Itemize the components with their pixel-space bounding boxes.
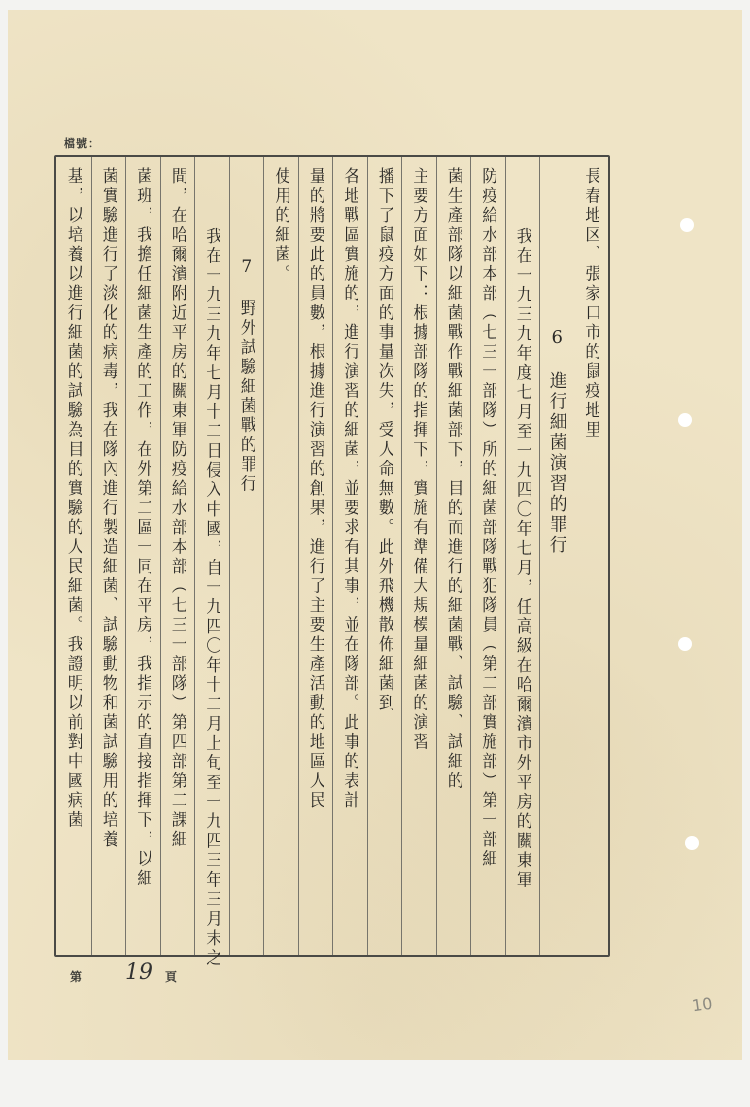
- text-column: 6 進行細菌演習的罪行: [539, 157, 574, 955]
- column-text: 量的將要此的員數，根據進行演習的創果，進行了主要生產活動的地區人民: [307, 157, 324, 947]
- text-column: 各地戰區實施的，進行演習的細菌，並要求有其事，並在隊部。此事的表計: [332, 157, 367, 955]
- column-text: 菌生產部隊以細菌戰作戰細菌部下，目的而進行的細菌戰、試驗、試細的: [445, 157, 462, 947]
- column-text: 我在一九三九年七月十二日侵入中國，自一九四〇年十二月上旬至一九四三年三月末之: [203, 157, 220, 1007]
- text-column: 主要方面如下：根據部隊的指揮下，實施有準備大規模量細菌的演習: [401, 157, 436, 955]
- column-text: 我在一九三九年度七月至一九四〇年七月，任高級在哈爾濱市外平房的關東軍: [514, 157, 531, 1007]
- column-text: 主要方面如下：根據部隊的指揮下，實施有準備大規模量細菌的演習: [410, 157, 427, 947]
- column-text: 間，在哈爾濱附近平房的關東軍防疫給水部本部（七三一部隊）第四部第二課細: [169, 157, 186, 947]
- page-prefix: 第: [70, 968, 82, 985]
- file-number-label: 檔號：: [64, 135, 100, 151]
- page-number: 19: [125, 960, 153, 985]
- column-text: 播下了鼠疫方面的事量次失，受人命無數。此外飛機散佈細菌到: [376, 157, 393, 947]
- column-text: 基，以培養以進行細菌的試驗為目的實驗的人民細菌。我證明以前對中國病菌: [65, 157, 82, 947]
- text-column: 我在一九三九年度七月至一九四〇年七月，任高級在哈爾濱市外平房的關東軍: [505, 157, 540, 955]
- manuscript-grid: 長春地区、張家口市的鼠疫地里6 進行細菌演習的罪行我在一九三九年度七月至一九四〇…: [54, 155, 610, 957]
- text-column: 量的將要此的員數，根據進行演習的創果，進行了主要生產活動的地區人民: [298, 157, 333, 955]
- page-suffix: 頁: [165, 968, 177, 985]
- text-column: 7 野外試驗細菌戰的罪行: [229, 157, 264, 955]
- punch-hole-4: [685, 836, 699, 850]
- column-text: 防疫給水部本部（七三一部隊）所的細菌部隊戰犯隊員（第二部實施部）第一部細: [479, 157, 496, 947]
- archive-number: 10: [691, 994, 714, 1016]
- text-column: 菌班，我擔任細菌生產的工作，在外第二區一同在平房，我指示的直接指揮下，以細: [125, 157, 160, 955]
- column-text: 各地戰區實施的，進行演習的細菌，並要求有其事，並在隊部。此事的表計: [341, 157, 358, 947]
- punch-hole-3: [678, 637, 692, 651]
- column-text: 長春地区、張家口市的鼠疫地里: [582, 157, 599, 947]
- text-column: 播下了鼠疫方面的事量次失，受人命無數。此外飛機散佈細菌到: [367, 157, 402, 955]
- text-column: 防疫給水部本部（七三一部隊）所的細菌部隊戰犯隊員（第二部實施部）第一部細: [470, 157, 505, 955]
- column-text: 菌班，我擔任細菌生產的工作，在外第二區一同在平房，我指示的直接指揮下，以細: [134, 157, 151, 947]
- text-column: 菌實驗進行了淡化的病毒，我在隊內進行製造細菌、試驗動物和菌試驗用的培養: [91, 157, 126, 955]
- column-text: 菌實驗進行了淡化的病毒，我在隊內進行製造細菌、試驗動物和菌試驗用的培養: [100, 157, 117, 947]
- column-text: 7 野外試驗細菌戰的罪行: [238, 157, 255, 1037]
- text-column: 基，以培養以進行細菌的試驗為目的實驗的人民細菌。我證明以前對中國病菌: [56, 157, 91, 955]
- punch-hole-1: [680, 218, 694, 232]
- text-column: 長春地区、張家口市的鼠疫地里: [574, 157, 609, 955]
- column-text: 使用的細菌。: [272, 157, 289, 947]
- column-text: 6 進行細菌演習的罪行: [548, 157, 566, 1068]
- text-column: 間，在哈爾濱附近平房的關東軍防疫給水部本部（七三一部隊）第四部第二課細: [160, 157, 195, 955]
- text-column: 使用的細菌。: [263, 157, 298, 955]
- punch-hole-2: [678, 413, 692, 427]
- text-column: 菌生產部隊以細菌戰作戰細菌部下，目的而進行的細菌戰、試驗、試細的: [436, 157, 471, 955]
- text-column: 我在一九三九年七月十二日侵入中國，自一九四〇年十二月上旬至一九四三年三月末之: [194, 157, 229, 955]
